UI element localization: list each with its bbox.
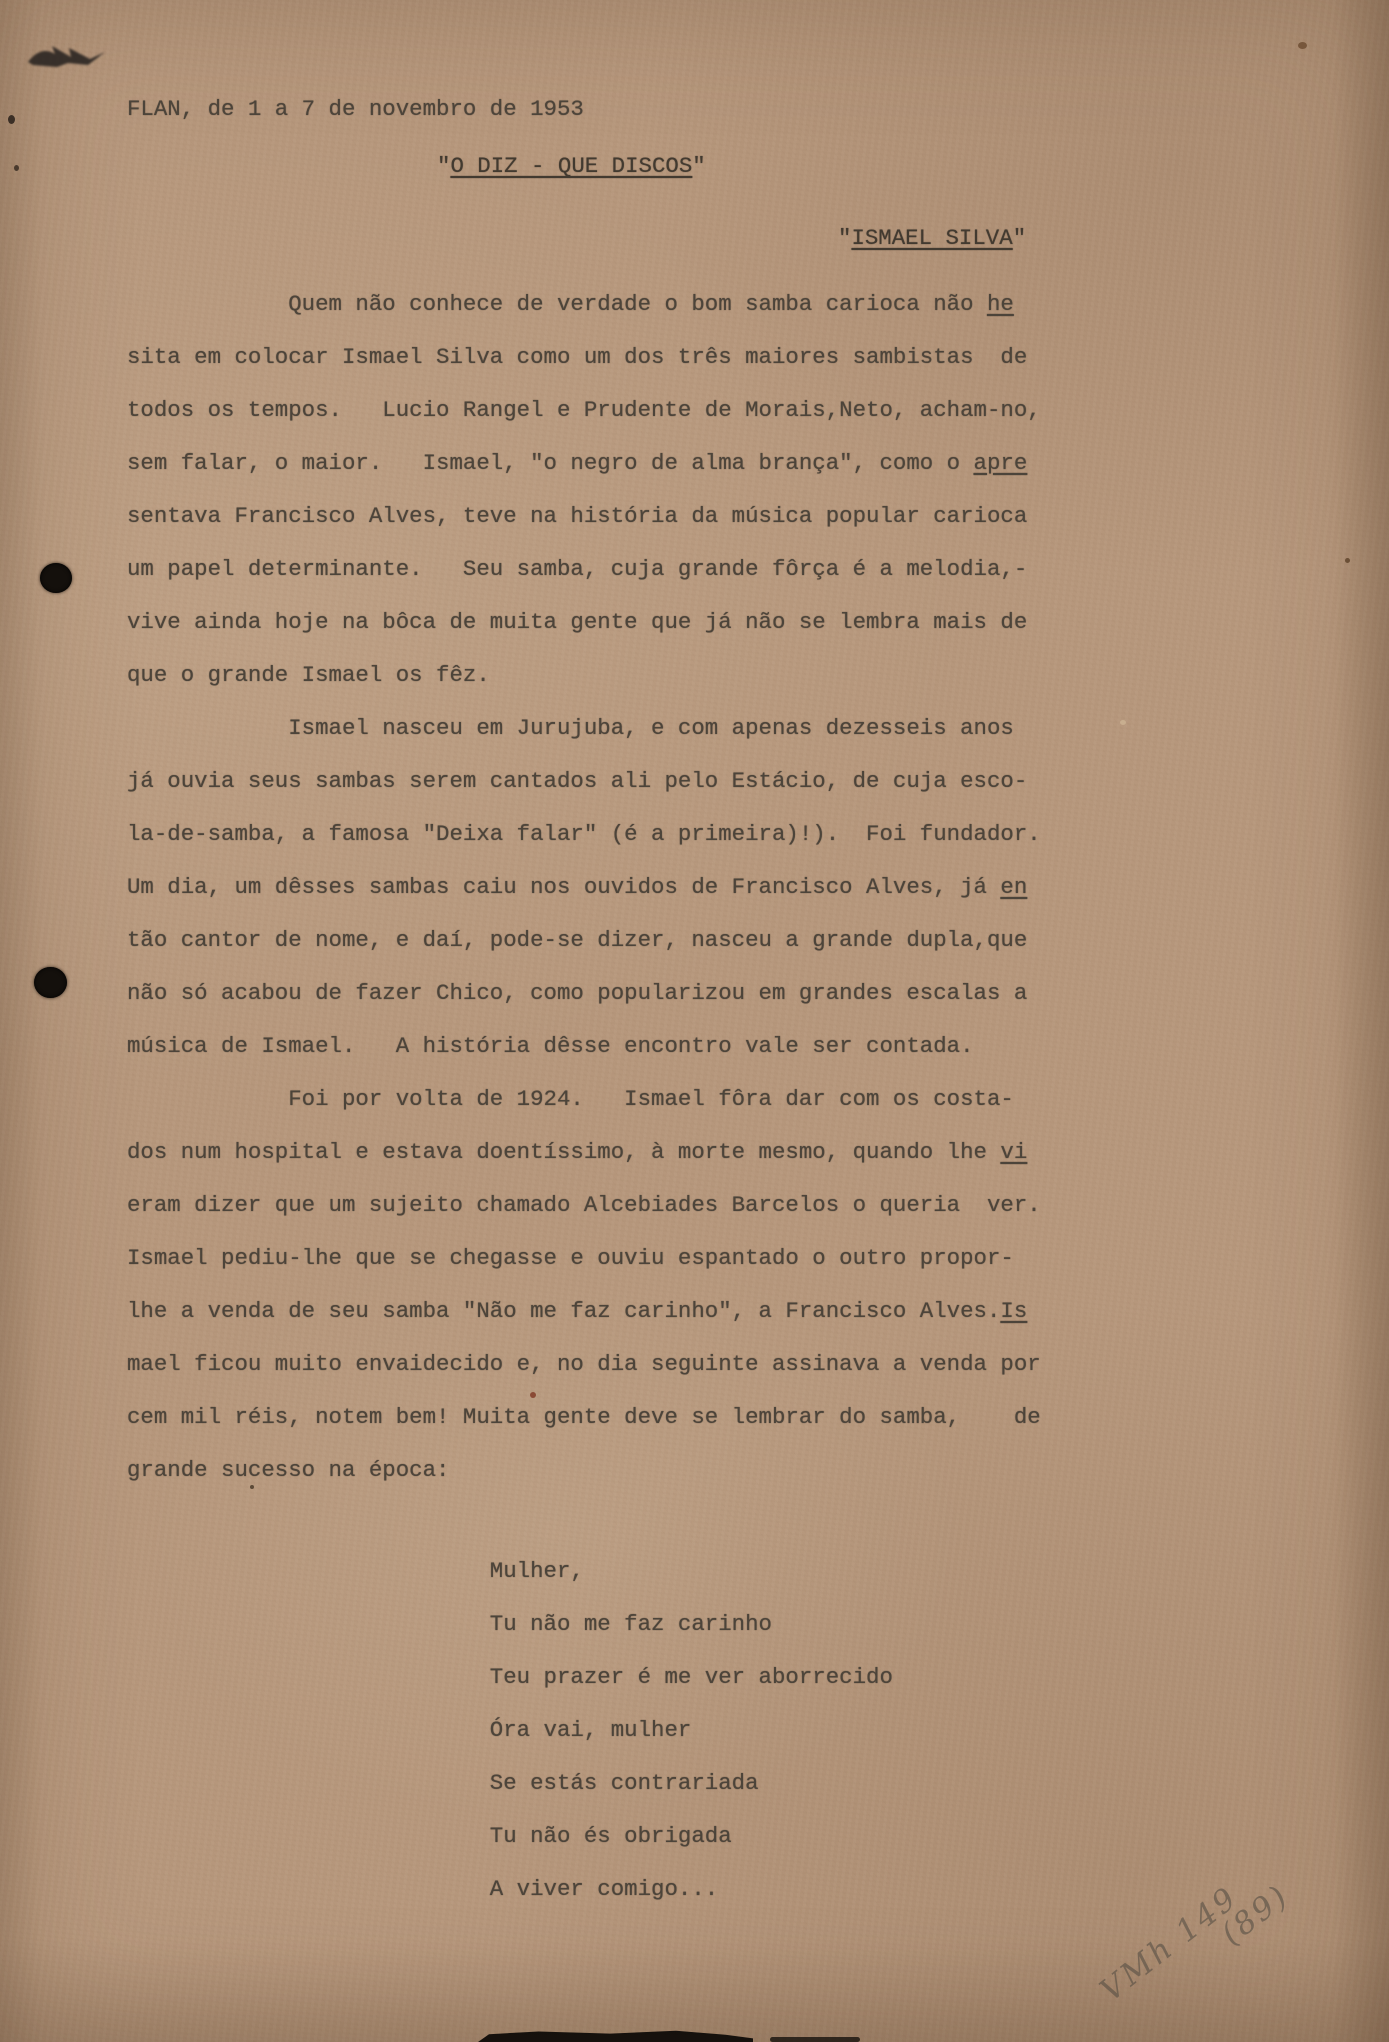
text-line: dos num hospital e estava doentíssimo, à… bbox=[127, 1126, 1041, 1179]
verse-line-text: Óra vai, mulher bbox=[127, 1717, 691, 1743]
article-title-text: ISMAEL SILVA bbox=[851, 225, 1012, 251]
article-title: "ISMAEL SILVA" bbox=[838, 212, 1026, 265]
text-line-main: sita em colocar Ismael Silva como um dos… bbox=[127, 344, 1027, 370]
page-edge-shadow bbox=[770, 2037, 860, 2042]
verse-line-text: A viver comigo... bbox=[127, 1876, 718, 1902]
verse-line: Tu não me faz carinho bbox=[127, 1598, 893, 1651]
text-line-underlined-suffix: Is bbox=[1000, 1298, 1027, 1324]
text-line: que o grande Ismael os fêz. bbox=[127, 649, 1041, 702]
text-line-main: Quem não conhece de verdade o bom samba … bbox=[127, 291, 987, 317]
text-line-main: todos os tempos. Lucio Rangel e Prudente… bbox=[127, 397, 1041, 423]
text-line-main: Um dia, um dêsses sambas caiu nos ouvido… bbox=[127, 874, 1000, 900]
text-line-main: grande sucesso na época: bbox=[127, 1457, 449, 1483]
handwritten-annotation: VMh 149 (89) bbox=[1094, 1783, 1387, 2032]
text-line-underlined-suffix: en bbox=[1000, 874, 1027, 900]
quote-mark: " bbox=[437, 153, 450, 179]
punch-hole bbox=[34, 967, 67, 998]
paper-speck bbox=[1345, 558, 1350, 563]
text-line-main: sem falar, o maior. Ismael, "o negro de … bbox=[127, 450, 974, 476]
text-line-underlined-suffix: apre bbox=[974, 450, 1028, 476]
text-line-main: Foi por volta de 1924. Ismael fôra dar c… bbox=[127, 1086, 1014, 1112]
verse-line-text: Tu não és obrigada bbox=[127, 1823, 732, 1849]
text-line: grande sucesso na época: bbox=[127, 1444, 1041, 1497]
quote-mark: " bbox=[1013, 225, 1026, 251]
text-line-main: sentava Francisco Alves, teve na históri… bbox=[127, 503, 1027, 529]
text-line-main: cem mil réis, notem bem! Muita gente dev… bbox=[127, 1404, 1041, 1430]
text-line: vive ainda hoje na bôca de muita gente q… bbox=[127, 596, 1041, 649]
text-line-main: não só acabou de fazer Chico, como popul… bbox=[127, 980, 1027, 1006]
text-line-main: vive ainda hoje na bôca de muita gente q… bbox=[127, 609, 1027, 635]
text-line-main: já ouvia seus sambas serem cantados ali … bbox=[127, 768, 1027, 794]
verse-block: Mulher, Tu não me faz carinho Teu prazer… bbox=[127, 1545, 893, 1916]
text-line: lhe a venda de seu samba "Não me faz car… bbox=[127, 1285, 1041, 1338]
text-line-main: tão cantor de nome, e daí, pode-se dizer… bbox=[127, 927, 1027, 953]
text-line-main: dos num hospital e estava doentíssimo, à… bbox=[127, 1139, 1000, 1165]
text-line-underlined-suffix: vi bbox=[1000, 1139, 1027, 1165]
text-line: cem mil réis, notem bem! Muita gente dev… bbox=[127, 1391, 1041, 1444]
text-line: mael ficou muito envaidecido e, no dia s… bbox=[127, 1338, 1041, 1391]
scanned-document-page: FLAN, de 1 a 7 de novembro de 1953 "O DI… bbox=[0, 0, 1389, 2042]
document-date-line: FLAN, de 1 a 7 de novembro de 1953 bbox=[127, 83, 584, 136]
paper-speck bbox=[250, 1485, 254, 1489]
ink-smudge bbox=[26, 38, 110, 76]
text-line-main: música de Ismael. A história dêsse encon… bbox=[127, 1033, 974, 1059]
text-line-main: Ismael pediu-lhe que se chegasse e ouviu… bbox=[127, 1245, 1014, 1271]
text-line: todos os tempos. Lucio Rangel e Prudente… bbox=[127, 384, 1041, 437]
verse-line-text: Se estás contrariada bbox=[127, 1770, 759, 1796]
verse-line: Tu não és obrigada bbox=[127, 1810, 893, 1863]
verse-line-text: Mulher, bbox=[127, 1558, 584, 1584]
text-line: já ouvia seus sambas serem cantados ali … bbox=[127, 755, 1041, 808]
paper-edge-chip bbox=[14, 165, 19, 171]
annotation-code: VMh 149 bbox=[1094, 1783, 1368, 2008]
text-line: não só acabou de fazer Chico, como popul… bbox=[127, 967, 1041, 1020]
column-title: "O DIZ - QUE DISCOS" bbox=[437, 140, 706, 193]
text-line: música de Ismael. A história dêsse encon… bbox=[127, 1020, 1041, 1073]
article-body: Quem não conhece de verdade o bom samba … bbox=[127, 278, 1041, 1497]
punch-hole bbox=[40, 563, 72, 593]
text-line-main: mael ficou muito envaidecido e, no dia s… bbox=[127, 1351, 1041, 1377]
text-line-main: la-de-samba, a famosa "Deixa falar" (é a… bbox=[127, 821, 1041, 847]
text-line: Foi por volta de 1924. Ismael fôra dar c… bbox=[127, 1073, 1041, 1126]
text-line: eram dizer que um sujeito chamado Alcebi… bbox=[127, 1179, 1041, 1232]
verse-line: Óra vai, mulher bbox=[127, 1704, 893, 1757]
verse-line: A viver comigo... bbox=[127, 1863, 893, 1916]
paper-speck bbox=[530, 1392, 536, 1398]
text-line: tão cantor de nome, e daí, pode-se dizer… bbox=[127, 914, 1041, 967]
text-line: sentava Francisco Alves, teve na históri… bbox=[127, 490, 1041, 543]
text-line-main: lhe a venda de seu samba "Não me faz car… bbox=[127, 1298, 1000, 1324]
verse-line: Mulher, bbox=[127, 1545, 893, 1598]
paper-speck bbox=[1120, 720, 1126, 725]
text-line: sem falar, o maior. Ismael, "o negro de … bbox=[127, 437, 1041, 490]
verse-line: Teu prazer é me ver aborrecido bbox=[127, 1651, 893, 1704]
annotation-number: (89) bbox=[1112, 1807, 1386, 2032]
text-line: um papel determinante. Seu samba, cuja g… bbox=[127, 543, 1041, 596]
text-line-main: Ismael nasceu em Jurujuba, e com apenas … bbox=[127, 715, 1014, 741]
paper-edge-chip bbox=[8, 115, 15, 124]
paper-speck bbox=[1298, 42, 1307, 49]
text-line-underlined-suffix: he bbox=[987, 291, 1014, 317]
text-line: Um dia, um dêsses sambas caiu nos ouvido… bbox=[127, 861, 1041, 914]
column-title-text: O DIZ - QUE DISCOS bbox=[450, 153, 692, 179]
text-line-main: um papel determinante. Seu samba, cuja g… bbox=[127, 556, 1027, 582]
verse-line: Se estás contrariada bbox=[127, 1757, 893, 1810]
text-line: sita em colocar Ismael Silva como um dos… bbox=[127, 331, 1041, 384]
quote-mark: " bbox=[838, 225, 851, 251]
text-line: Quem não conhece de verdade o bom samba … bbox=[127, 278, 1041, 331]
verse-line-text: Teu prazer é me ver aborrecido bbox=[127, 1664, 893, 1690]
verse-line-text: Tu não me faz carinho bbox=[127, 1611, 772, 1637]
text-line: Ismael pediu-lhe que se chegasse e ouviu… bbox=[127, 1232, 1041, 1285]
page-edge-tear bbox=[478, 2030, 753, 2042]
quote-mark: " bbox=[692, 153, 705, 179]
text-line: Ismael nasceu em Jurujuba, e com apenas … bbox=[127, 702, 1041, 755]
text-line-main: eram dizer que um sujeito chamado Alcebi… bbox=[127, 1192, 1041, 1218]
text-line: la-de-samba, a famosa "Deixa falar" (é a… bbox=[127, 808, 1041, 861]
text-line-main: que o grande Ismael os fêz. bbox=[127, 662, 490, 688]
